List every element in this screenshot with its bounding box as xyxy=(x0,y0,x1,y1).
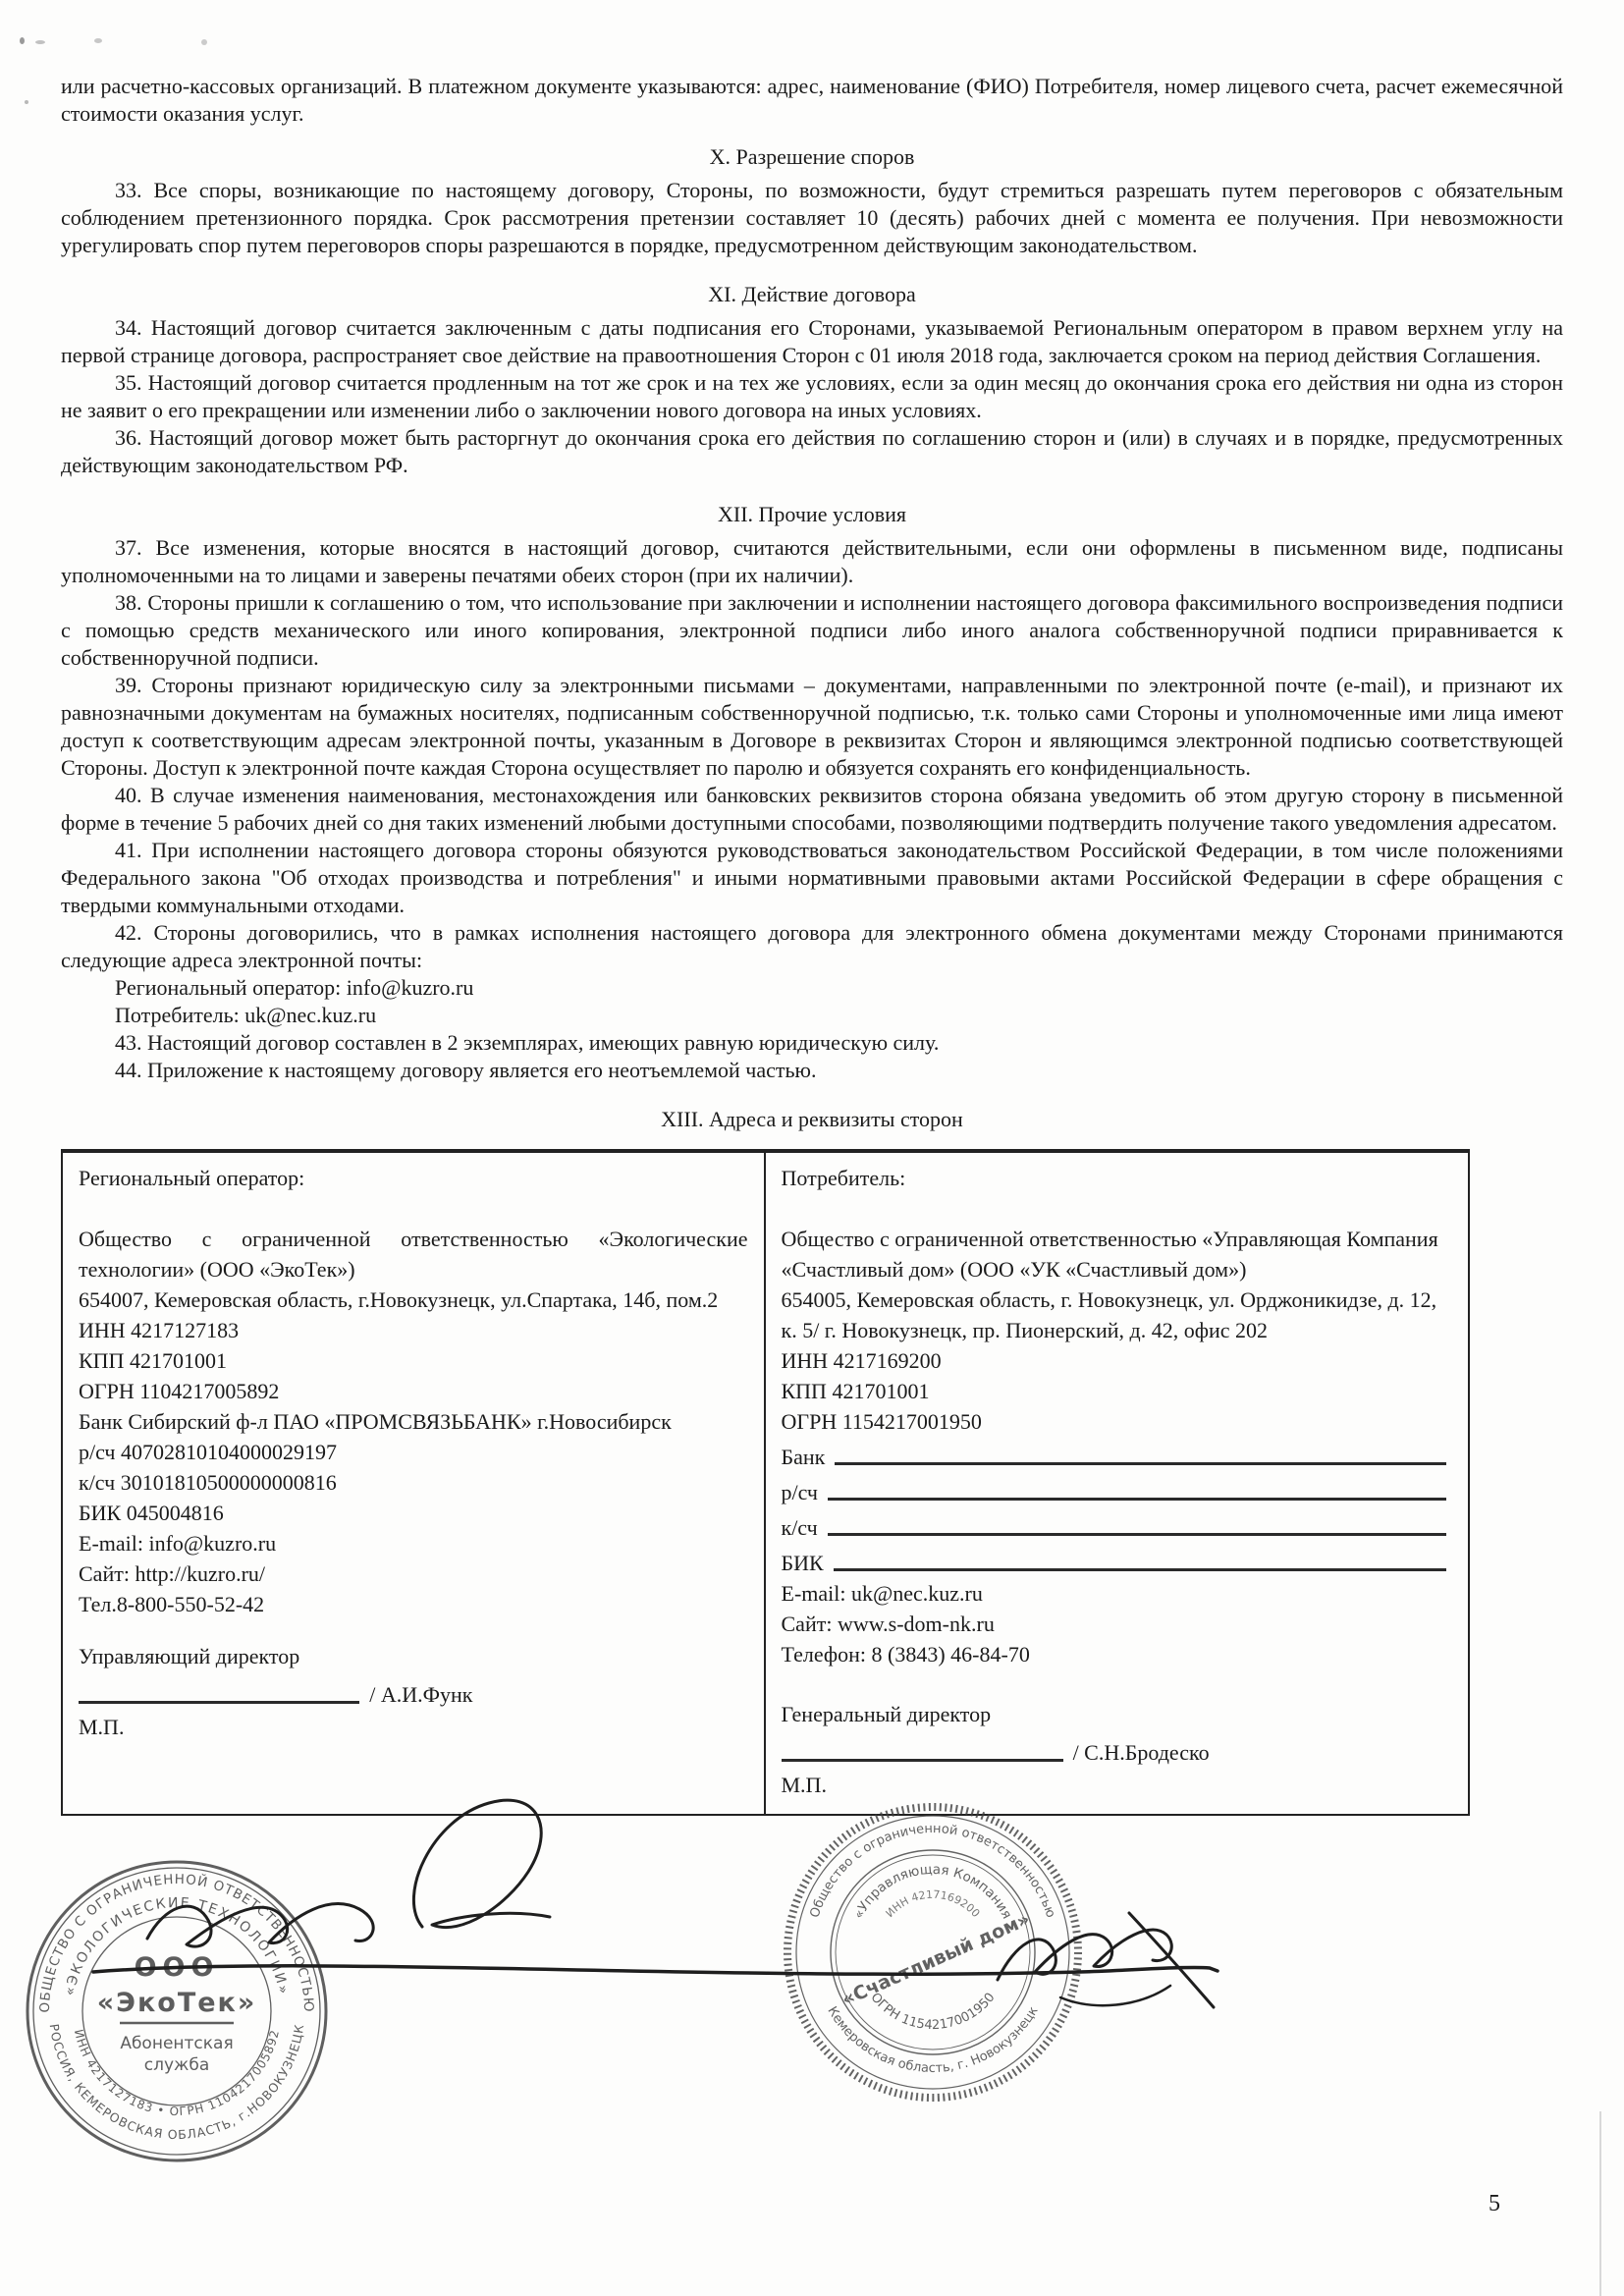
sdom-stamp-ogrn-text: ОГРН 1154217001950 xyxy=(867,1991,998,2033)
operator-signer-name: / А.И.Функ xyxy=(359,1679,472,1710)
consumer-ks-label: к/сч xyxy=(782,1512,818,1543)
paragraph-41: 41. При исполнении настоящего договора с… xyxy=(61,837,1563,919)
consumer-bik-field: БИК xyxy=(782,1543,1453,1578)
ecotek-stamp-name-text: «ЭкоТек» xyxy=(97,1988,257,2018)
sdom-stamp-ring-bottom-text: Кемеровская область, г. Новокузнецк xyxy=(824,2004,1041,2076)
paragraph-37: 37. Все изменения, которые вносятся в на… xyxy=(61,534,1563,589)
consumer-address: 654005, Кемеровская область, г. Новокузн… xyxy=(782,1285,1453,1345)
operator-phone: Тел.8-800-550-52-42 xyxy=(79,1589,748,1619)
operator-inn: ИНН 4217127183 xyxy=(79,1315,748,1345)
funk-signature xyxy=(93,1800,1218,1974)
svg-text:РОССИЯ, КЕМЕРОВСКАЯ ОБЛАСТЬ, г: РОССИЯ, КЕМЕРОВСКАЯ ОБЛАСТЬ, г.НОВОКУЗНЕ… xyxy=(47,2023,307,2142)
operator-signature-line xyxy=(79,1701,359,1704)
email-consumer-line: Потребитель: uk@nec.kuz.ru xyxy=(61,1002,1563,1029)
consumer-corr-account-field: к/сч xyxy=(782,1507,1453,1543)
operator-cell-header: Региональный оператор: xyxy=(79,1163,748,1193)
consumer-stamp-place-label: М.П. xyxy=(782,1770,1453,1800)
paragraph-42: 42. Стороны договорились, что в рамках и… xyxy=(61,919,1563,974)
paragraph-44: 44. Приложение к настоящему договору явл… xyxy=(61,1057,1563,1084)
sdom-stamp-center-name: «Счастливый дом» xyxy=(839,1908,1033,2010)
svg-text:ИНН 4217127183 • ОГРН 11042170: ИНН 4217127183 • ОГРН 1104217005892 xyxy=(72,2028,282,2118)
operator-bank: Банк Сибирский ф-л ПАО «ПРОМСВЯЗЬБАНК» г… xyxy=(79,1406,748,1437)
ecotek-stamp-dept-text2: служба xyxy=(144,2055,210,2075)
email-operator-line: Региональный оператор: info@kuzro.ru xyxy=(61,974,1563,1002)
consumer-phone: Телефон: 8 (3843) 46-84-70 xyxy=(782,1639,1453,1669)
scan-speck xyxy=(20,37,25,44)
operator-requisites-cell: Региональный оператор: Общество с ограни… xyxy=(63,1153,766,1814)
paragraph-38: 38. Стороны пришли к соглашению о том, ч… xyxy=(61,589,1563,672)
consumer-signer-name: / С.Н.Бродеско xyxy=(1063,1737,1210,1768)
operator-ogrn: ОГРН 1104217005892 xyxy=(79,1376,748,1406)
consumer-company-name: Общество с ограниченной ответственностью… xyxy=(782,1224,1453,1285)
consumer-email: E-mail: uk@nec.kuz.ru xyxy=(782,1578,1453,1609)
scan-speck xyxy=(25,100,28,104)
operator-settlement-account: р/сч 40702810104000029197 xyxy=(79,1437,748,1467)
operator-kpp: КПП 421701001 xyxy=(79,1345,748,1376)
ecotek-stamp-ring2-top-text: «ЭКОЛОГИЧЕСКИЕ ТЕХНОЛОГИИ» xyxy=(62,1895,292,1997)
sdom-stamp-ring-top-text: Общество с ограниченной ответственностью xyxy=(807,1822,1057,1920)
operator-bik: БИК 045004816 xyxy=(79,1498,748,1528)
svg-text:«Управляющая Компания: «Управляющая Компания xyxy=(850,1862,1014,1922)
consumer-signature-line xyxy=(782,1759,1063,1762)
consumer-requisites-cell: Потребитель: Общество с ограниченной отв… xyxy=(766,1153,1469,1814)
operator-position-title: Управляющий директор xyxy=(79,1641,748,1671)
operator-stamp-place-label: М.П. xyxy=(79,1712,748,1742)
svg-text:ИНН 4217169200: ИНН 4217169200 xyxy=(884,1888,983,1920)
consumer-ogrn: ОГРН 1154217001950 xyxy=(782,1406,1453,1437)
svg-text:Общество с ограниченной ответс: Общество с ограниченной ответственностью xyxy=(807,1822,1057,1920)
brodesko-signature xyxy=(998,1913,1214,2007)
paragraph-35: 35. Настоящий договор считается продленн… xyxy=(61,369,1563,424)
consumer-ks-blank-line xyxy=(828,1533,1446,1536)
consumer-rs-label: р/сч xyxy=(782,1477,819,1507)
svg-text:«ЭКОЛОГИЧЕСКИЕ ТЕХНОЛОГИИ»: «ЭКОЛОГИЧЕСКИЕ ТЕХНОЛОГИИ» xyxy=(62,1895,292,1997)
section-title-xiii: XIII. Адреса и реквизиты сторон xyxy=(61,1106,1563,1133)
paragraph-33: 33. Все споры, возникающие по настоящему… xyxy=(61,177,1563,259)
brodesko-signature-tail xyxy=(1060,1986,1170,2005)
consumer-bank-field: Банк xyxy=(782,1437,1453,1472)
consumer-bik-label: БИК xyxy=(782,1548,824,1578)
sdom-stamp-inner-top-text: «Управляющая Компания xyxy=(850,1862,1014,1922)
operator-corr-account: к/сч 30101810500000000816 xyxy=(79,1467,748,1498)
section-title-xi: XI. Действие договора xyxy=(61,281,1563,308)
consumer-site: Сайт: www.s-dom-nk.ru xyxy=(782,1609,1453,1639)
consumer-signature-row: / С.Н.Бродеско xyxy=(782,1737,1453,1768)
funk-signature-stroke xyxy=(147,1904,373,1947)
page-number: 5 xyxy=(1489,2190,1500,2217)
operator-company-name: Общество с ограниченной ответственностью… xyxy=(79,1224,748,1285)
consumer-bik-blank-line xyxy=(834,1568,1446,1571)
operator-address: 654007, Кемеровская область, г.Новокузне… xyxy=(79,1285,748,1315)
ecotek-stamp-dept-text1: Абонентская xyxy=(120,2034,233,2053)
operator-email: E-mail: info@kuzro.ru xyxy=(79,1528,748,1558)
scan-speck xyxy=(201,39,207,45)
consumer-bank-label: Банк xyxy=(782,1442,826,1472)
funk-signature-loop xyxy=(413,1800,550,1927)
ecotek-stamp-ring2-bottom-text: ИНН 4217127183 • ОГРН 1104217005892 xyxy=(72,2028,282,2118)
consumer-settlement-account-field: р/сч xyxy=(782,1472,1453,1507)
funk-signature-long-stroke xyxy=(93,1966,1218,1974)
ecotek-stamp: ОБЩЕСТВО С ОГРАНИЧЕННОЙ ОТВЕТСТВЕННОСТЬЮ… xyxy=(27,1862,326,2160)
scan-speck xyxy=(35,40,45,44)
scanned-contract-page: или расчетно-кассовых организаций. В пла… xyxy=(0,0,1624,2296)
svg-text:ОГРН 1154217001950: ОГРН 1154217001950 xyxy=(867,1991,998,2033)
requisites-table: Региональный оператор: Общество с ограни… xyxy=(61,1149,1470,1816)
ecotek-stamp-ring-bottom-text: РОССИЯ, КЕМЕРОВСКАЯ ОБЛАСТЬ, г.НОВОКУЗНЕ… xyxy=(47,2023,307,2142)
brodesko-signature-stroke xyxy=(998,1930,1171,1980)
paragraph-40: 40. В случае изменения наименования, мес… xyxy=(61,782,1563,837)
sdom-stamp-inn-text: ИНН 4217169200 xyxy=(884,1888,983,1920)
paragraph-39: 39. Стороны признают юридическую силу за… xyxy=(61,672,1563,782)
document-body: или расчетно-кассовых организаций. В пла… xyxy=(61,73,1563,1816)
svg-text:Кемеровская область, г. Новоку: Кемеровская область, г. Новокузнецк xyxy=(824,2004,1041,2076)
paragraph-34: 34. Настоящий договор считается заключен… xyxy=(61,314,1563,369)
operator-signature-row: / А.И.Функ xyxy=(79,1679,748,1710)
section-title-xii: XII. Прочие условия xyxy=(61,501,1563,528)
section-title-x: X. Разрешение споров xyxy=(61,143,1563,171)
scan-edge-artifact xyxy=(1599,2111,1601,2296)
paragraph-36: 36. Настоящий договор может быть расторг… xyxy=(61,424,1563,479)
brodesko-signature-slash xyxy=(1129,1913,1214,2007)
paragraph-43: 43. Настоящий договор составлен в 2 экзе… xyxy=(61,1029,1563,1057)
ecotek-stamp-ring-top-text: ОБЩЕСТВО С ОГРАНИЧЕННОЙ ОТВЕТСТВЕННОСТЬЮ xyxy=(37,1872,316,2013)
operator-site: Сайт: http://kuzro.ru/ xyxy=(79,1558,748,1589)
consumer-inn: ИНН 4217169200 xyxy=(782,1345,1453,1376)
consumer-rs-blank-line xyxy=(828,1498,1446,1501)
consumer-kpp: КПП 421701001 xyxy=(782,1376,1453,1406)
consumer-position-title: Генеральный директор xyxy=(782,1699,1453,1729)
schastlivy-dom-stamp: Общество с ограниченной ответственностью… xyxy=(787,1807,1078,2098)
ecotek-stamp-ooo-text: ООО xyxy=(135,1952,220,1983)
intro-paragraph: или расчетно-кассовых организаций. В пла… xyxy=(61,73,1563,128)
consumer-bank-blank-line xyxy=(835,1462,1446,1465)
scan-speck xyxy=(94,38,102,43)
consumer-cell-header: Потребитель: xyxy=(782,1163,1453,1193)
svg-text:ОБЩЕСТВО С ОГРАНИЧЕННОЙ ОТВЕТС: ОБЩЕСТВО С ОГРАНИЧЕННОЙ ОТВЕТСТВЕННОСТЬЮ xyxy=(37,1872,316,2013)
